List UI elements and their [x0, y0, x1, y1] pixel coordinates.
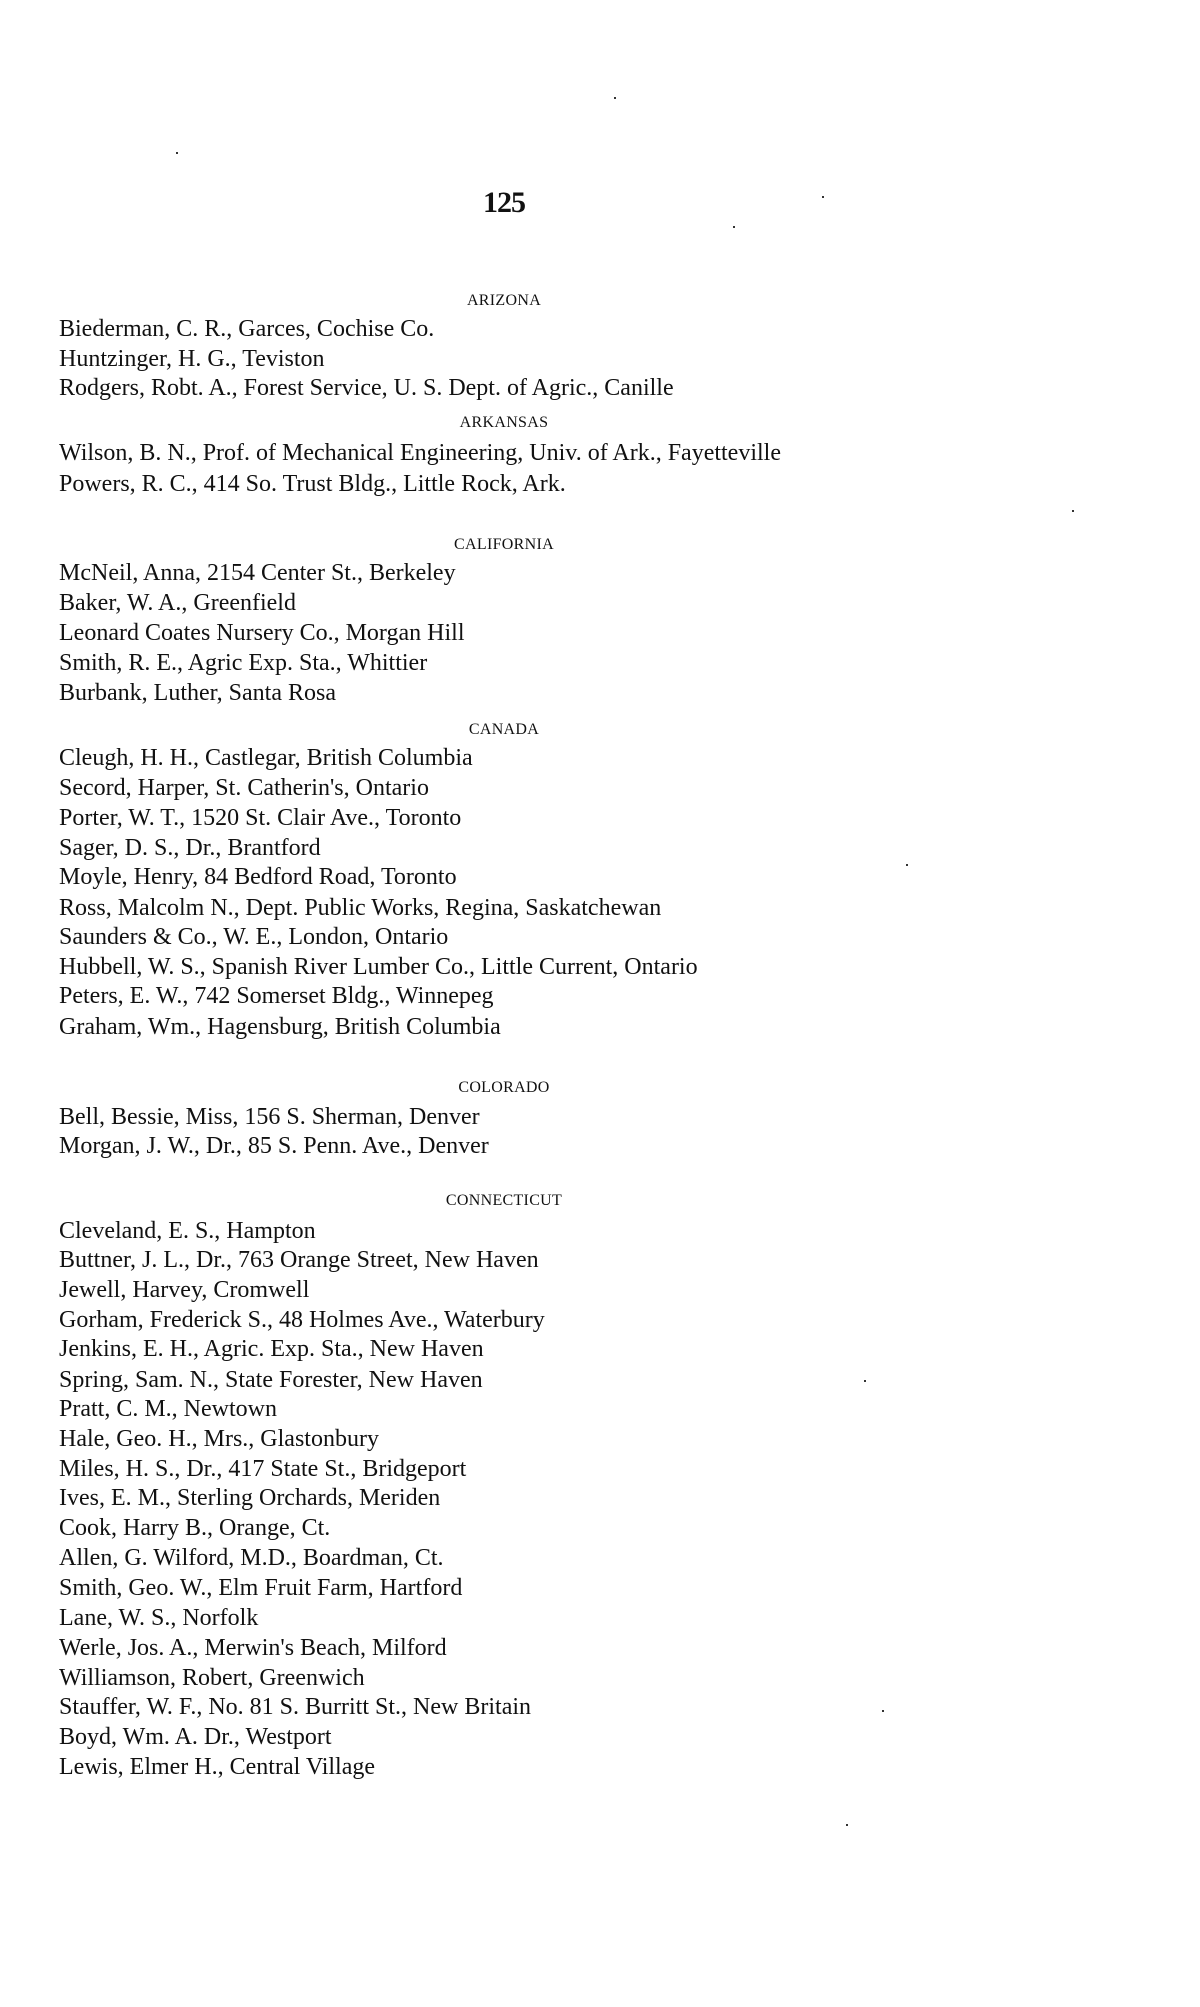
scan-speck	[614, 97, 616, 99]
list-item: Cleveland, E. S., Hampton	[59, 1217, 316, 1245]
list-item: Miles, H. S., Dr., 417 State St., Bridge…	[59, 1455, 466, 1483]
list-item: Ives, E. M., Sterling Orchards, Meriden	[59, 1484, 440, 1512]
section-heading-colorado: COLORADO	[0, 1079, 1008, 1097]
list-item: Williamson, Robert, Greenwich	[59, 1664, 365, 1692]
list-item: Smith, Geo. W., Elm Fruit Farm, Hartford	[59, 1574, 462, 1602]
list-item: Graham, Wm., Hagensburg, British Columbi…	[59, 1013, 501, 1041]
list-item: Hubbell, W. S., Spanish River Lumber Co.…	[59, 953, 698, 981]
list-item: Rodgers, Robt. A., Forest Service, U. S.…	[59, 374, 674, 402]
list-item: Lewis, Elmer H., Central Village	[59, 1753, 375, 1781]
list-item: Wilson, B. N., Prof. of Mechanical Engin…	[59, 439, 781, 467]
list-item: Secord, Harper, St. Catherin's, Ontario	[59, 774, 429, 802]
section-heading-arizona: ARIZONA	[0, 292, 1008, 310]
scan-speck	[822, 196, 824, 198]
list-item: Gorham, Frederick S., 48 Holmes Ave., Wa…	[59, 1306, 545, 1334]
scan-speck	[882, 1710, 884, 1712]
list-item: Spring, Sam. N., State Forester, New Hav…	[59, 1366, 483, 1394]
list-item: Burbank, Luther, Santa Rosa	[59, 679, 336, 707]
scan-speck	[846, 1824, 848, 1826]
list-item: Sager, D. S., Dr., Brantford	[59, 834, 321, 862]
list-item: Moyle, Henry, 84 Bedford Road, Toronto	[59, 863, 457, 891]
list-item: Stauffer, W. F., No. 81 S. Burritt St., …	[59, 1693, 531, 1721]
list-item: Allen, G. Wilford, M.D., Boardman, Ct.	[59, 1544, 444, 1572]
list-item: Baker, W. A., Greenfield	[59, 589, 296, 617]
page-number: 125	[0, 186, 1008, 220]
section-heading-connecticut: CONNECTICUT	[0, 1192, 1008, 1210]
list-item: Peters, E. W., 742 Somerset Bldg., Winne…	[59, 982, 494, 1010]
list-item: Werle, Jos. A., Merwin's Beach, Milford	[59, 1634, 447, 1662]
section-heading-california: CALIFORNIA	[0, 536, 1008, 554]
scan-speck	[906, 864, 908, 866]
list-item: Smith, R. E., Agric Exp. Sta., Whittier	[59, 649, 427, 677]
list-item: Buttner, J. L., Dr., 763 Orange Street, …	[59, 1246, 539, 1274]
section-heading-arkansas: ARKANSAS	[0, 414, 1008, 432]
scan-speck	[864, 1380, 866, 1382]
list-item: Powers, R. C., 414 So. Trust Bldg., Litt…	[59, 470, 566, 498]
list-item: Hale, Geo. H., Mrs., Glastonbury	[59, 1425, 379, 1453]
list-item: Jenkins, E. H., Agric. Exp. Sta., New Ha…	[59, 1335, 484, 1363]
list-item: Cleugh, H. H., Castlegar, British Columb…	[59, 744, 473, 772]
list-item: Boyd, Wm. A. Dr., Westport	[59, 1723, 332, 1751]
scan-speck	[733, 226, 735, 228]
list-item: Lane, W. S., Norfolk	[59, 1604, 258, 1632]
list-item: Porter, W. T., 1520 St. Clair Ave., Toro…	[59, 804, 461, 832]
list-item: Morgan, J. W., Dr., 85 S. Penn. Ave., De…	[59, 1132, 489, 1160]
list-item: Cook, Harry B., Orange, Ct.	[59, 1514, 330, 1542]
section-heading-canada: CANADA	[0, 721, 1008, 739]
list-item: Jewell, Harvey, Cromwell	[59, 1276, 309, 1304]
list-item: Biederman, C. R., Garces, Cochise Co.	[59, 315, 434, 343]
list-item: McNeil, Anna, 2154 Center St., Berkeley	[59, 559, 456, 587]
list-item: Leonard Coates Nursery Co., Morgan Hill	[59, 619, 464, 647]
list-item: Pratt, C. M., Newtown	[59, 1395, 277, 1423]
list-item: Huntzinger, H. G., Teviston	[59, 345, 325, 373]
scan-speck	[176, 152, 178, 154]
list-item: Bell, Bessie, Miss, 156 S. Sherman, Denv…	[59, 1103, 480, 1131]
scan-speck	[1072, 510, 1074, 512]
list-item: Ross, Malcolm N., Dept. Public Works, Re…	[59, 894, 661, 922]
list-item: Saunders & Co., W. E., London, Ontario	[59, 923, 448, 951]
